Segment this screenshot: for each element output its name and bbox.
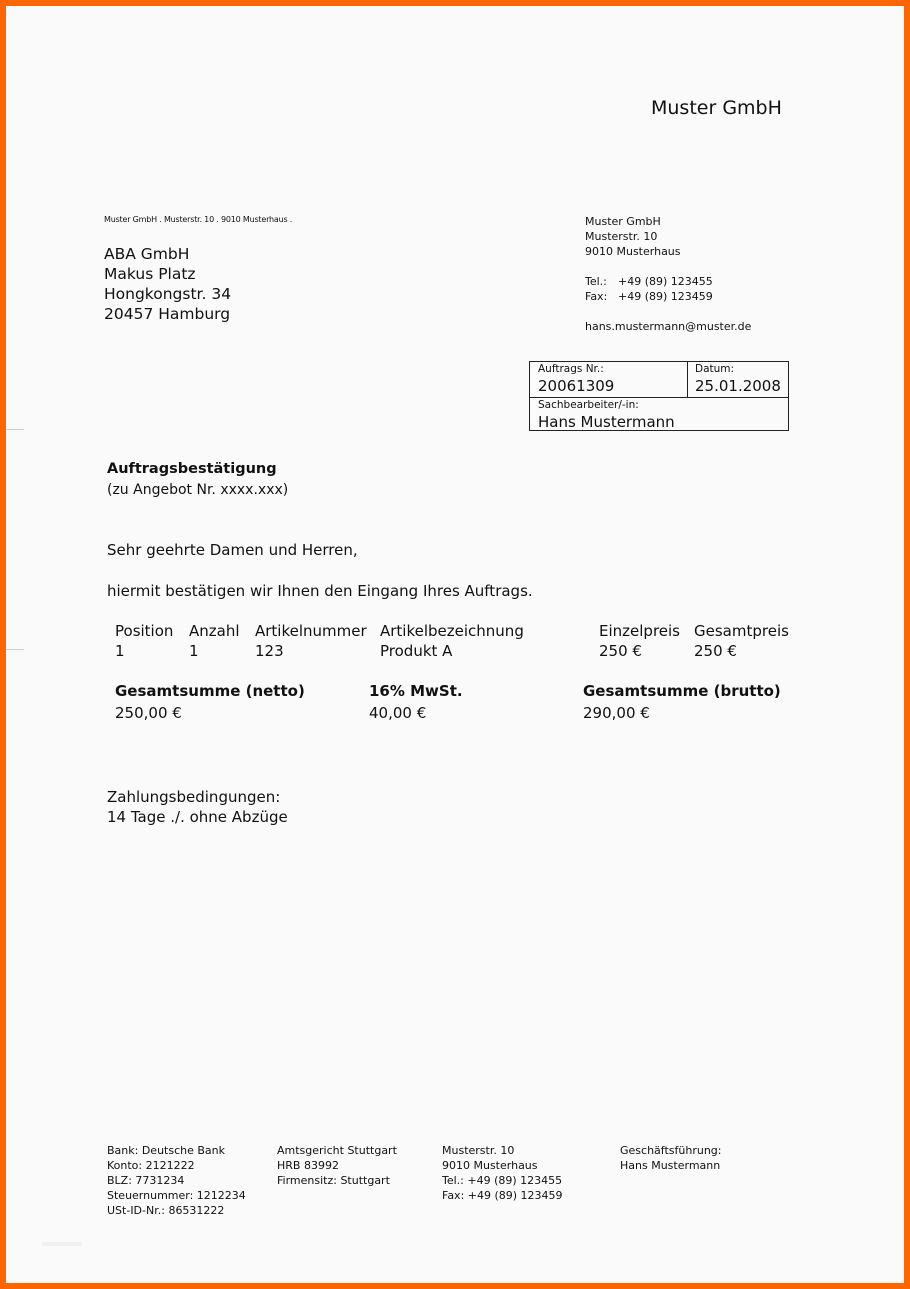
document-page: Muster GmbH Muster GmbH . Musterstr. 10 … (6, 6, 904, 1283)
footer-management-line: Hans Mustermann (620, 1158, 721, 1173)
vat-value: 40,00 € (369, 704, 426, 722)
sender-email[interactable]: hans.mustermann@muster.de (585, 319, 751, 334)
recipient-line: Hongkongstr. 34 (104, 284, 231, 304)
recipient-line: 20457 Hamburg (104, 304, 231, 324)
footer-court-line: Amtsgericht Stuttgart (277, 1143, 397, 1158)
footer-court: Amtsgericht Stuttgart HRB 83992 Firmensi… (277, 1143, 397, 1188)
sender-name: Muster GmbH (585, 214, 751, 229)
clerk-label: Sachbearbeiter/-in: (538, 399, 639, 411)
vat-label: 16% MwSt. (369, 682, 463, 700)
payment-terms-label: Zahlungsbedingungen: (107, 787, 288, 807)
header-position: Position (115, 622, 173, 640)
sender-fax: Fax:+49 (89) 123459 (585, 289, 751, 304)
footer-bank-line: USt-ID-Nr.: 86531222 (107, 1203, 246, 1218)
fax-label: Fax: (585, 289, 618, 304)
footer-bank-line: Steuernummer: 1212234 (107, 1188, 246, 1203)
letter-intro: hiermit bestätigen wir Ihnen den Eingang… (107, 582, 533, 600)
footer-bank-line: BLZ: 7731234 (107, 1173, 246, 1188)
punch-mark (6, 649, 24, 650)
footer-address-line: Tel.: +49 (89) 123455 (442, 1173, 563, 1188)
letter-subject: Auftragsbestätigung (107, 461, 277, 477)
footer-bank-line: Konto: 2121222 (107, 1158, 246, 1173)
header-article-description: Artikelbezeichnung (380, 622, 524, 640)
gross-total-label: Gesamtsumme (brutto) (583, 682, 781, 700)
watermark (42, 1242, 82, 1246)
sender-street: Musterstr. 10 (585, 229, 751, 244)
order-number-cell: Auftrags Nr.: 20061309 (530, 362, 688, 398)
letter-subject-reference: (zu Angebot Nr. xxxx.xxx) (107, 482, 288, 498)
footer-court-line: Firmensitz: Stuttgart (277, 1173, 397, 1188)
letter-salutation: Sehr geehrte Damen und Herren, (107, 541, 358, 559)
header-unit-price: Einzelpreis (599, 622, 680, 640)
row-article-description: Produkt A (380, 642, 452, 660)
date-cell: Datum: 25.01.2008 (688, 362, 788, 398)
payment-terms-value: 14 Tage ./. ohne Abzüge (107, 807, 288, 827)
order-number-label: Auftrags Nr.: (538, 363, 604, 375)
footer-bank-line: Bank: Deutsche Bank (107, 1143, 246, 1158)
footer-bank: Bank: Deutsche Bank Konto: 2121222 BLZ: … (107, 1143, 246, 1218)
recipient-line: Makus Platz (104, 264, 231, 284)
footer-address-line: 9010 Musterhaus (442, 1158, 563, 1173)
payment-terms: Zahlungsbedingungen: 14 Tage ./. ohne Ab… (107, 787, 288, 827)
row-position: 1 (115, 642, 125, 660)
footer-court-line: HRB 83992 (277, 1158, 397, 1173)
footer-management-line: Geschäftsführung: (620, 1143, 721, 1158)
clerk-value: Hans Mustermann (538, 413, 675, 431)
company-title: Muster GmbH (651, 97, 782, 119)
row-total-price: 250 € (694, 642, 737, 660)
date-value: 25.01.2008 (695, 377, 781, 395)
tel-value: +49 (89) 123455 (618, 275, 713, 288)
recipient-line: ABA GmbH (104, 244, 231, 264)
gross-total-value: 290,00 € (583, 704, 650, 722)
order-number-value: 20061309 (538, 377, 614, 395)
net-total-label: Gesamtsumme (netto) (115, 682, 305, 700)
sender-city: 9010 Musterhaus (585, 244, 751, 259)
clerk-cell: Sachbearbeiter/-in: Hans Mustermann (530, 398, 788, 430)
row-article-number: 123 (255, 642, 284, 660)
recipient-address: ABA GmbH Makus Platz Hongkongstr. 34 204… (104, 244, 231, 324)
order-info-box: Auftrags Nr.: 20061309 Datum: 25.01.2008… (529, 361, 789, 431)
sender-return-line: Muster GmbH . Musterstr. 10 . 9010 Muste… (104, 215, 292, 224)
header-total-price: Gesamtpreis (694, 622, 789, 640)
footer-management: Geschäftsführung: Hans Mustermann (620, 1143, 721, 1173)
header-quantity: Anzahl (189, 622, 240, 640)
fax-value: +49 (89) 123459 (618, 290, 713, 303)
row-quantity: 1 (189, 642, 199, 660)
date-label: Datum: (695, 363, 734, 375)
sender-tel: Tel.:+49 (89) 123455 (585, 274, 751, 289)
sender-contact-block: Muster GmbH Musterstr. 10 9010 Musterhau… (585, 214, 751, 334)
footer-address-line: Musterstr. 10 (442, 1143, 563, 1158)
tel-label: Tel.: (585, 274, 618, 289)
footer-address: Musterstr. 10 9010 Musterhaus Tel.: +49 … (442, 1143, 563, 1203)
net-total-value: 250,00 € (115, 704, 182, 722)
header-article-number: Artikelnummer (255, 622, 367, 640)
row-unit-price: 250 € (599, 642, 642, 660)
footer-address-line: Fax: +49 (89) 123459 (442, 1188, 563, 1203)
fold-mark (6, 429, 24, 430)
